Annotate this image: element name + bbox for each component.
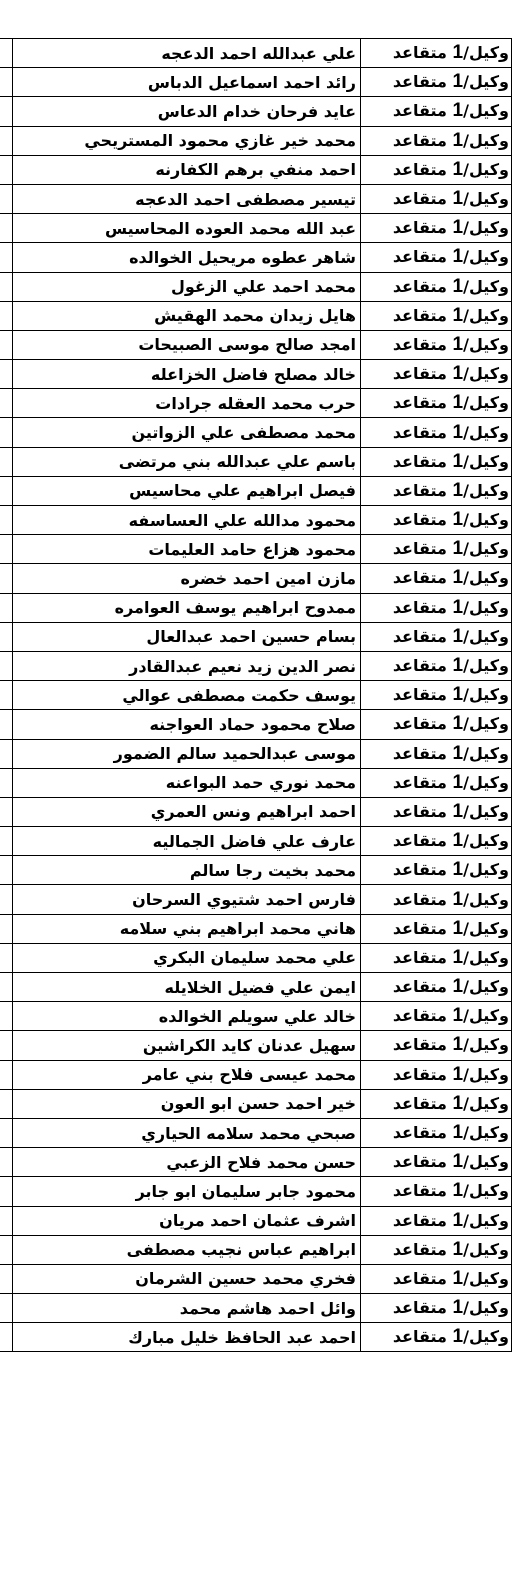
name-cell: موسى عبدالحميد سالم الضمور <box>13 739 361 768</box>
rank-prefix: وكيل/ <box>463 1123 509 1142</box>
rank-prefix: وكيل/ <box>463 568 509 587</box>
row-stub-cell <box>0 943 13 972</box>
rank-status: متقاعد <box>393 656 453 675</box>
table-row: باسم علي عبدالله بني مرتضىوكيل/1 متقاعد <box>0 447 512 476</box>
rank-status: متقاعد <box>393 452 453 471</box>
rank-number: 1 <box>453 246 464 267</box>
rank-prefix: وكيل/ <box>463 1298 509 1317</box>
rank-prefix: وكيل/ <box>463 72 509 91</box>
rank-cell: وكيل/1 متقاعد <box>361 126 512 155</box>
rank-number: 1 <box>453 889 464 910</box>
rank-cell: وكيل/1 متقاعد <box>361 535 512 564</box>
rank-status: متقاعد <box>393 1123 453 1142</box>
row-stub-cell <box>0 506 13 535</box>
table-row: شاهر عطوه مريحيل الخوالدهوكيل/1 متقاعد <box>0 243 512 272</box>
name-cell: خالد علي سويلم الخوالده <box>13 1002 361 1031</box>
rank-number: 1 <box>453 713 464 734</box>
name-cell: محمد مصطفى علي الزواتين <box>13 418 361 447</box>
rank-status: متقاعد <box>393 1211 453 1230</box>
rank-cell: وكيل/1 متقاعد <box>361 506 512 535</box>
rank-prefix: وكيل/ <box>463 131 509 150</box>
row-stub-cell <box>0 651 13 680</box>
rank-cell: وكيل/1 متقاعد <box>361 797 512 826</box>
table-row: اشرف عثمان احمد مريانوكيل/1 متقاعد <box>0 1206 512 1235</box>
rank-cell: وكيل/1 متقاعد <box>361 827 512 856</box>
table-row: موسى عبدالحميد سالم الضموروكيل/1 متقاعد <box>0 739 512 768</box>
name-cell: وائل احمد هاشم محمد <box>13 1294 361 1323</box>
rank-status: متقاعد <box>393 977 453 996</box>
name-cell: محمود جابر سليمان ابو جابر <box>13 1177 361 1206</box>
rank-cell: وكيل/1 متقاعد <box>361 1002 512 1031</box>
name-cell: محمد خير غازي محمود المستريحي <box>13 126 361 155</box>
rank-cell: وكيل/1 متقاعد <box>361 155 512 184</box>
rank-status: متقاعد <box>393 335 453 354</box>
rank-number: 1 <box>453 1151 464 1172</box>
row-stub-cell <box>0 184 13 213</box>
row-stub-cell <box>0 973 13 1002</box>
row-stub-cell <box>0 1264 13 1293</box>
retirees-table-sheet: علي عبدالله احمد الدعجهوكيل/1 متقاعدرائد… <box>0 38 511 1352</box>
name-cell: ممدوح ابراهيم يوسف العوامره <box>13 593 361 622</box>
row-stub-cell <box>0 418 13 447</box>
name-cell: احمد عبد الحافظ خليل مبارك <box>13 1323 361 1352</box>
row-stub-cell <box>0 856 13 885</box>
rank-cell: وكيل/1 متقاعد <box>361 1089 512 1118</box>
row-stub-cell <box>0 476 13 505</box>
name-cell: ابراهيم عباس نجيب مصطفى <box>13 1235 361 1264</box>
rank-cell: وكيل/1 متقاعد <box>361 68 512 97</box>
rank-status: متقاعد <box>393 1094 453 1113</box>
row-stub-cell <box>0 243 13 272</box>
rank-number: 1 <box>453 42 464 63</box>
rank-prefix: وكيل/ <box>463 1269 509 1288</box>
rank-prefix: وكيل/ <box>463 685 509 704</box>
rank-number: 1 <box>453 392 464 413</box>
table-row: سهيل عدنان كايد الكراشينوكيل/1 متقاعد <box>0 1031 512 1060</box>
rank-number: 1 <box>453 100 464 121</box>
name-cell: محمود مدالله علي العساسفه <box>13 506 361 535</box>
rank-status: متقاعد <box>393 714 453 733</box>
rank-number: 1 <box>453 830 464 851</box>
table-row: وائل احمد هاشم محمدوكيل/1 متقاعد <box>0 1294 512 1323</box>
row-stub-cell <box>0 827 13 856</box>
rank-prefix: وكيل/ <box>463 656 509 675</box>
rank-status: متقاعد <box>393 744 453 763</box>
rank-number: 1 <box>453 1239 464 1260</box>
rank-number: 1 <box>453 480 464 501</box>
rank-prefix: وكيل/ <box>463 452 509 471</box>
table-row: صبحي محمد سلامه الحياريوكيل/1 متقاعد <box>0 1118 512 1147</box>
rank-number: 1 <box>453 1034 464 1055</box>
rank-status: متقاعد <box>393 831 453 850</box>
rank-status: متقاعد <box>393 773 453 792</box>
table-row: فيصل ابراهيم علي محاسيسوكيل/1 متقاعد <box>0 476 512 505</box>
name-cell: فخري محمد حسين الشرمان <box>13 1264 361 1293</box>
rank-number: 1 <box>453 305 464 326</box>
rank-prefix: وكيل/ <box>463 598 509 617</box>
rank-prefix: وكيل/ <box>463 919 509 938</box>
row-stub-cell <box>0 1060 13 1089</box>
table-row: ايمن علي فضيل الخلايلهوكيل/1 متقاعد <box>0 973 512 1002</box>
rank-number: 1 <box>453 626 464 647</box>
name-cell: خير احمد حسن ابو العون <box>13 1089 361 1118</box>
table-row: محمد نوري حمد البواعنهوكيل/1 متقاعد <box>0 768 512 797</box>
rank-prefix: وكيل/ <box>463 101 509 120</box>
rank-cell: وكيل/1 متقاعد <box>361 564 512 593</box>
rank-number: 1 <box>453 451 464 472</box>
rank-status: متقاعد <box>393 1152 453 1171</box>
rank-prefix: وكيل/ <box>463 1035 509 1054</box>
rank-cell: وكيل/1 متقاعد <box>361 214 512 243</box>
row-stub-cell <box>0 885 13 914</box>
name-cell: فارس احمد شتيوي السرحان <box>13 885 361 914</box>
row-stub-cell <box>0 39 13 68</box>
rank-prefix: وكيل/ <box>463 1181 509 1200</box>
table-row: مازن امين احمد خضرهوكيل/1 متقاعد <box>0 564 512 593</box>
rank-cell: وكيل/1 متقاعد <box>361 1206 512 1235</box>
rank-cell: وكيل/1 متقاعد <box>361 272 512 301</box>
rank-prefix: وكيل/ <box>463 714 509 733</box>
name-cell: حرب محمد العقله جرادات <box>13 389 361 418</box>
rank-number: 1 <box>453 509 464 530</box>
table-row: حسن محمد فلاح الزعبيوكيل/1 متقاعد <box>0 1148 512 1177</box>
rank-prefix: وكيل/ <box>463 627 509 646</box>
rank-status: متقاعد <box>393 189 453 208</box>
table-row: رائد احمد اسماعيل الدباسوكيل/1 متقاعد <box>0 68 512 97</box>
rank-prefix: وكيل/ <box>463 831 509 850</box>
rank-number: 1 <box>453 1093 464 1114</box>
table-row: فخري محمد حسين الشرمانوكيل/1 متقاعد <box>0 1264 512 1293</box>
rank-cell: وكيل/1 متقاعد <box>361 943 512 972</box>
rank-cell: وكيل/1 متقاعد <box>361 1294 512 1323</box>
rank-cell: وكيل/1 متقاعد <box>361 1177 512 1206</box>
row-stub-cell <box>0 1002 13 1031</box>
table-row: علي عبدالله احمد الدعجهوكيل/1 متقاعد <box>0 39 512 68</box>
rank-prefix: وكيل/ <box>463 1327 509 1346</box>
rank-number: 1 <box>453 918 464 939</box>
rank-prefix: وكيل/ <box>463 160 509 179</box>
rank-status: متقاعد <box>393 160 453 179</box>
row-stub-cell <box>0 68 13 97</box>
rank-prefix: وكيل/ <box>463 744 509 763</box>
rank-cell: وكيل/1 متقاعد <box>361 681 512 710</box>
rank-number: 1 <box>453 684 464 705</box>
rank-status: متقاعد <box>393 948 453 967</box>
table-row: محمد احمد علي الزغولوكيل/1 متقاعد <box>0 272 512 301</box>
rank-number: 1 <box>453 159 464 180</box>
table-row: محمود مدالله علي العساسفهوكيل/1 متقاعد <box>0 506 512 535</box>
rank-prefix: وكيل/ <box>463 802 509 821</box>
row-stub-cell <box>0 214 13 243</box>
rank-status: متقاعد <box>393 1327 453 1346</box>
table-row: احمد منفي برهم الكفارنهوكيل/1 متقاعد <box>0 155 512 184</box>
table-body: علي عبدالله احمد الدعجهوكيل/1 متقاعدرائد… <box>0 39 512 1352</box>
rank-prefix: وكيل/ <box>463 43 509 62</box>
rank-status: متقاعد <box>393 1065 453 1084</box>
name-cell: عايد فرحان خدام الدعاس <box>13 97 361 126</box>
rank-status: متقاعد <box>393 306 453 325</box>
rank-cell: وكيل/1 متقاعد <box>361 360 512 389</box>
rank-cell: وكيل/1 متقاعد <box>361 622 512 651</box>
rank-prefix: وكيل/ <box>463 189 509 208</box>
rank-prefix: وكيل/ <box>463 1094 509 1113</box>
table-row: محمود هزاع حامد العليماتوكيل/1 متقاعد <box>0 535 512 564</box>
row-stub-cell <box>0 1206 13 1235</box>
table-row: احمد ابراهيم ونس العمريوكيل/1 متقاعد <box>0 797 512 826</box>
rank-status: متقاعد <box>393 1006 453 1025</box>
rank-status: متقاعد <box>393 481 453 500</box>
row-stub-cell <box>0 1235 13 1264</box>
rank-number: 1 <box>453 859 464 880</box>
name-cell: محمود هزاع حامد العليمات <box>13 535 361 564</box>
row-stub-cell <box>0 710 13 739</box>
table-row: فارس احمد شتيوي السرحانوكيل/1 متقاعد <box>0 885 512 914</box>
table-row: خير احمد حسن ابو العونوكيل/1 متقاعد <box>0 1089 512 1118</box>
row-stub-cell <box>0 914 13 943</box>
rank-status: متقاعد <box>393 627 453 646</box>
table-row: ممدوح ابراهيم يوسف العوامرهوكيل/1 متقاعد <box>0 593 512 622</box>
table-row: خالد مصلح فاضل الخزاعلهوكيل/1 متقاعد <box>0 360 512 389</box>
rank-cell: وكيل/1 متقاعد <box>361 1148 512 1177</box>
rank-status: متقاعد <box>393 510 453 529</box>
rank-cell: وكيل/1 متقاعد <box>361 739 512 768</box>
name-cell: هايل زيدان محمد الهقيش <box>13 301 361 330</box>
table-row: محمود جابر سليمان ابو جابروكيل/1 متقاعد <box>0 1177 512 1206</box>
rank-number: 1 <box>453 334 464 355</box>
table-row: احمد عبد الحافظ خليل مباركوكيل/1 متقاعد <box>0 1323 512 1352</box>
rank-number: 1 <box>453 1268 464 1289</box>
rank-prefix: وكيل/ <box>463 860 509 879</box>
rank-number: 1 <box>453 1210 464 1231</box>
rank-cell: وكيل/1 متقاعد <box>361 1060 512 1089</box>
table-row: محمد عيسى فلاح بني عامروكيل/1 متقاعد <box>0 1060 512 1089</box>
row-stub-cell <box>0 389 13 418</box>
rank-status: متقاعد <box>393 685 453 704</box>
rank-status: متقاعد <box>393 393 453 412</box>
table-row: محمد خير غازي محمود المستريحيوكيل/1 متقا… <box>0 126 512 155</box>
rank-number: 1 <box>453 538 464 559</box>
row-stub-cell <box>0 739 13 768</box>
row-stub-cell <box>0 535 13 564</box>
name-cell: صلاح محمود حماد العواجنه <box>13 710 361 739</box>
rank-cell: وكيل/1 متقاعد <box>361 1031 512 1060</box>
rank-number: 1 <box>453 1064 464 1085</box>
table-row: خالد علي سويلم الخوالدهوكيل/1 متقاعد <box>0 1002 512 1031</box>
name-cell: شاهر عطوه مريحيل الخوالده <box>13 243 361 272</box>
rank-prefix: وكيل/ <box>463 1211 509 1230</box>
row-stub-cell <box>0 681 13 710</box>
rank-prefix: وكيل/ <box>463 977 509 996</box>
rank-number: 1 <box>453 567 464 588</box>
rank-status: متقاعد <box>393 131 453 150</box>
rank-status: متقاعد <box>393 218 453 237</box>
row-stub-cell <box>0 622 13 651</box>
rank-prefix: وكيل/ <box>463 306 509 325</box>
row-stub-cell <box>0 360 13 389</box>
name-cell: تيسير مصطفى احمد الدعجه <box>13 184 361 213</box>
rank-status: متقاعد <box>393 1269 453 1288</box>
rank-prefix: وكيل/ <box>463 890 509 909</box>
rank-prefix: وكيل/ <box>463 335 509 354</box>
rank-prefix: وكيل/ <box>463 481 509 500</box>
rank-number: 1 <box>453 597 464 618</box>
name-cell: سهيل عدنان كايد الكراشين <box>13 1031 361 1060</box>
row-stub-cell <box>0 301 13 330</box>
row-stub-cell <box>0 593 13 622</box>
rank-status: متقاعد <box>393 423 453 442</box>
rank-number: 1 <box>453 130 464 151</box>
rank-status: متقاعد <box>393 101 453 120</box>
rank-cell: وكيل/1 متقاعد <box>361 330 512 359</box>
rank-number: 1 <box>453 772 464 793</box>
rank-cell: وكيل/1 متقاعد <box>361 39 512 68</box>
rank-status: متقاعد <box>393 1240 453 1259</box>
rank-number: 1 <box>453 655 464 676</box>
name-cell: محمد نوري حمد البواعنه <box>13 768 361 797</box>
table-row: عايد فرحان خدام الدعاسوكيل/1 متقاعد <box>0 97 512 126</box>
rank-status: متقاعد <box>393 43 453 62</box>
rank-number: 1 <box>453 217 464 238</box>
rank-cell: وكيل/1 متقاعد <box>361 301 512 330</box>
rank-cell: وكيل/1 متقاعد <box>361 885 512 914</box>
table-row: تيسير مصطفى احمد الدعجهوكيل/1 متقاعد <box>0 184 512 213</box>
name-cell: عبد الله محمد العوده المحاسيس <box>13 214 361 243</box>
rank-cell: وكيل/1 متقاعد <box>361 447 512 476</box>
rank-cell: وكيل/1 متقاعد <box>361 1118 512 1147</box>
rank-cell: وكيل/1 متقاعد <box>361 1235 512 1264</box>
table-row: يوسف حكمت مصطفى عواليوكيل/1 متقاعد <box>0 681 512 710</box>
rank-status: متقاعد <box>393 1298 453 1317</box>
rank-cell: وكيل/1 متقاعد <box>361 418 512 447</box>
rank-number: 1 <box>453 363 464 384</box>
rank-cell: وكيل/1 متقاعد <box>361 973 512 1002</box>
retirees-table: علي عبدالله احمد الدعجهوكيل/1 متقاعدرائد… <box>0 38 512 1352</box>
rank-prefix: وكيل/ <box>463 218 509 237</box>
table-row: علي محمد سليمان البكريوكيل/1 متقاعد <box>0 943 512 972</box>
rank-number: 1 <box>453 801 464 822</box>
rank-number: 1 <box>453 1326 464 1347</box>
name-cell: علي محمد سليمان البكري <box>13 943 361 972</box>
rank-status: متقاعد <box>393 1181 453 1200</box>
rank-cell: وكيل/1 متقاعد <box>361 710 512 739</box>
row-stub-cell <box>0 1294 13 1323</box>
rank-status: متقاعد <box>393 72 453 91</box>
row-stub-cell <box>0 1177 13 1206</box>
table-row: محمد مصطفى علي الزواتينوكيل/1 متقاعد <box>0 418 512 447</box>
row-stub-cell <box>0 1031 13 1060</box>
name-cell: احمد ابراهيم ونس العمري <box>13 797 361 826</box>
rank-prefix: وكيل/ <box>463 364 509 383</box>
table-row: محمد بخيت رجا سالموكيل/1 متقاعد <box>0 856 512 885</box>
row-stub-cell <box>0 155 13 184</box>
rank-number: 1 <box>453 947 464 968</box>
row-stub-cell <box>0 272 13 301</box>
rank-prefix: وكيل/ <box>463 393 509 412</box>
rank-number: 1 <box>453 1005 464 1026</box>
row-stub-cell <box>0 768 13 797</box>
rank-status: متقاعد <box>393 1035 453 1054</box>
rank-status: متقاعد <box>393 277 453 296</box>
name-cell: فيصل ابراهيم علي محاسيس <box>13 476 361 505</box>
name-cell: رائد احمد اسماعيل الدباس <box>13 68 361 97</box>
rank-cell: وكيل/1 متقاعد <box>361 184 512 213</box>
rank-number: 1 <box>453 422 464 443</box>
rank-number: 1 <box>453 976 464 997</box>
row-stub-cell <box>0 564 13 593</box>
row-stub-cell <box>0 126 13 155</box>
rank-status: متقاعد <box>393 247 453 266</box>
name-cell: امجد صالح موسى الصبيحات <box>13 330 361 359</box>
rank-cell: وكيل/1 متقاعد <box>361 476 512 505</box>
rank-prefix: وكيل/ <box>463 1152 509 1171</box>
name-cell: محمد بخيت رجا سالم <box>13 856 361 885</box>
rank-status: متقاعد <box>393 598 453 617</box>
table-row: هاني محمد ابراهيم بني سلامهوكيل/1 متقاعد <box>0 914 512 943</box>
row-stub-cell <box>0 797 13 826</box>
row-stub-cell <box>0 1148 13 1177</box>
table-row: عبد الله محمد العوده المحاسيسوكيل/1 متقا… <box>0 214 512 243</box>
table-row: ابراهيم عباس نجيب مصطفىوكيل/1 متقاعد <box>0 1235 512 1264</box>
name-cell: ايمن علي فضيل الخلايله <box>13 973 361 1002</box>
rank-number: 1 <box>453 188 464 209</box>
rank-cell: وكيل/1 متقاعد <box>361 651 512 680</box>
table-row: صلاح محمود حماد العواجنهوكيل/1 متقاعد <box>0 710 512 739</box>
row-stub-cell <box>0 1089 13 1118</box>
rank-status: متقاعد <box>393 568 453 587</box>
rank-cell: وكيل/1 متقاعد <box>361 389 512 418</box>
rank-prefix: وكيل/ <box>463 1065 509 1084</box>
rank-status: متقاعد <box>393 364 453 383</box>
rank-number: 1 <box>453 1180 464 1201</box>
name-cell: باسم علي عبدالله بني مرتضى <box>13 447 361 476</box>
name-cell: محمد عيسى فلاح بني عامر <box>13 1060 361 1089</box>
rank-status: متقاعد <box>393 539 453 558</box>
rank-cell: وكيل/1 متقاعد <box>361 856 512 885</box>
name-cell: اشرف عثمان احمد مريان <box>13 1206 361 1235</box>
name-cell: بسام حسين احمد عبدالعال <box>13 622 361 651</box>
table-row: نصر الدين زيد نعيم عبدالقادروكيل/1 متقاع… <box>0 651 512 680</box>
rank-number: 1 <box>453 743 464 764</box>
name-cell: نصر الدين زيد نعيم عبدالقادر <box>13 651 361 680</box>
rank-prefix: وكيل/ <box>463 277 509 296</box>
name-cell: علي عبدالله احمد الدعجه <box>13 39 361 68</box>
rank-number: 1 <box>453 71 464 92</box>
rank-number: 1 <box>453 276 464 297</box>
name-cell: عارف علي فاضل الجماليه <box>13 827 361 856</box>
rank-prefix: وكيل/ <box>463 773 509 792</box>
rank-status: متقاعد <box>393 802 453 821</box>
table-row: حرب محمد العقله جراداتوكيل/1 متقاعد <box>0 389 512 418</box>
name-cell: خالد مصلح فاضل الخزاعله <box>13 360 361 389</box>
rank-cell: وكيل/1 متقاعد <box>361 243 512 272</box>
row-stub-cell <box>0 1118 13 1147</box>
name-cell: مازن امين احمد خضره <box>13 564 361 593</box>
rank-cell: وكيل/1 متقاعد <box>361 97 512 126</box>
rank-status: متقاعد <box>393 890 453 909</box>
table-row: عارف علي فاضل الجماليهوكيل/1 متقاعد <box>0 827 512 856</box>
rank-prefix: وكيل/ <box>463 247 509 266</box>
table-row: هايل زيدان محمد الهقيشوكيل/1 متقاعد <box>0 301 512 330</box>
rank-cell: وكيل/1 متقاعد <box>361 593 512 622</box>
rank-prefix: وكيل/ <box>463 539 509 558</box>
rank-cell: وكيل/1 متقاعد <box>361 1264 512 1293</box>
name-cell: محمد احمد علي الزغول <box>13 272 361 301</box>
rank-cell: وكيل/1 متقاعد <box>361 914 512 943</box>
row-stub-cell <box>0 97 13 126</box>
row-stub-cell <box>0 1323 13 1352</box>
name-cell: حسن محمد فلاح الزعبي <box>13 1148 361 1177</box>
name-cell: يوسف حكمت مصطفى عوالي <box>13 681 361 710</box>
